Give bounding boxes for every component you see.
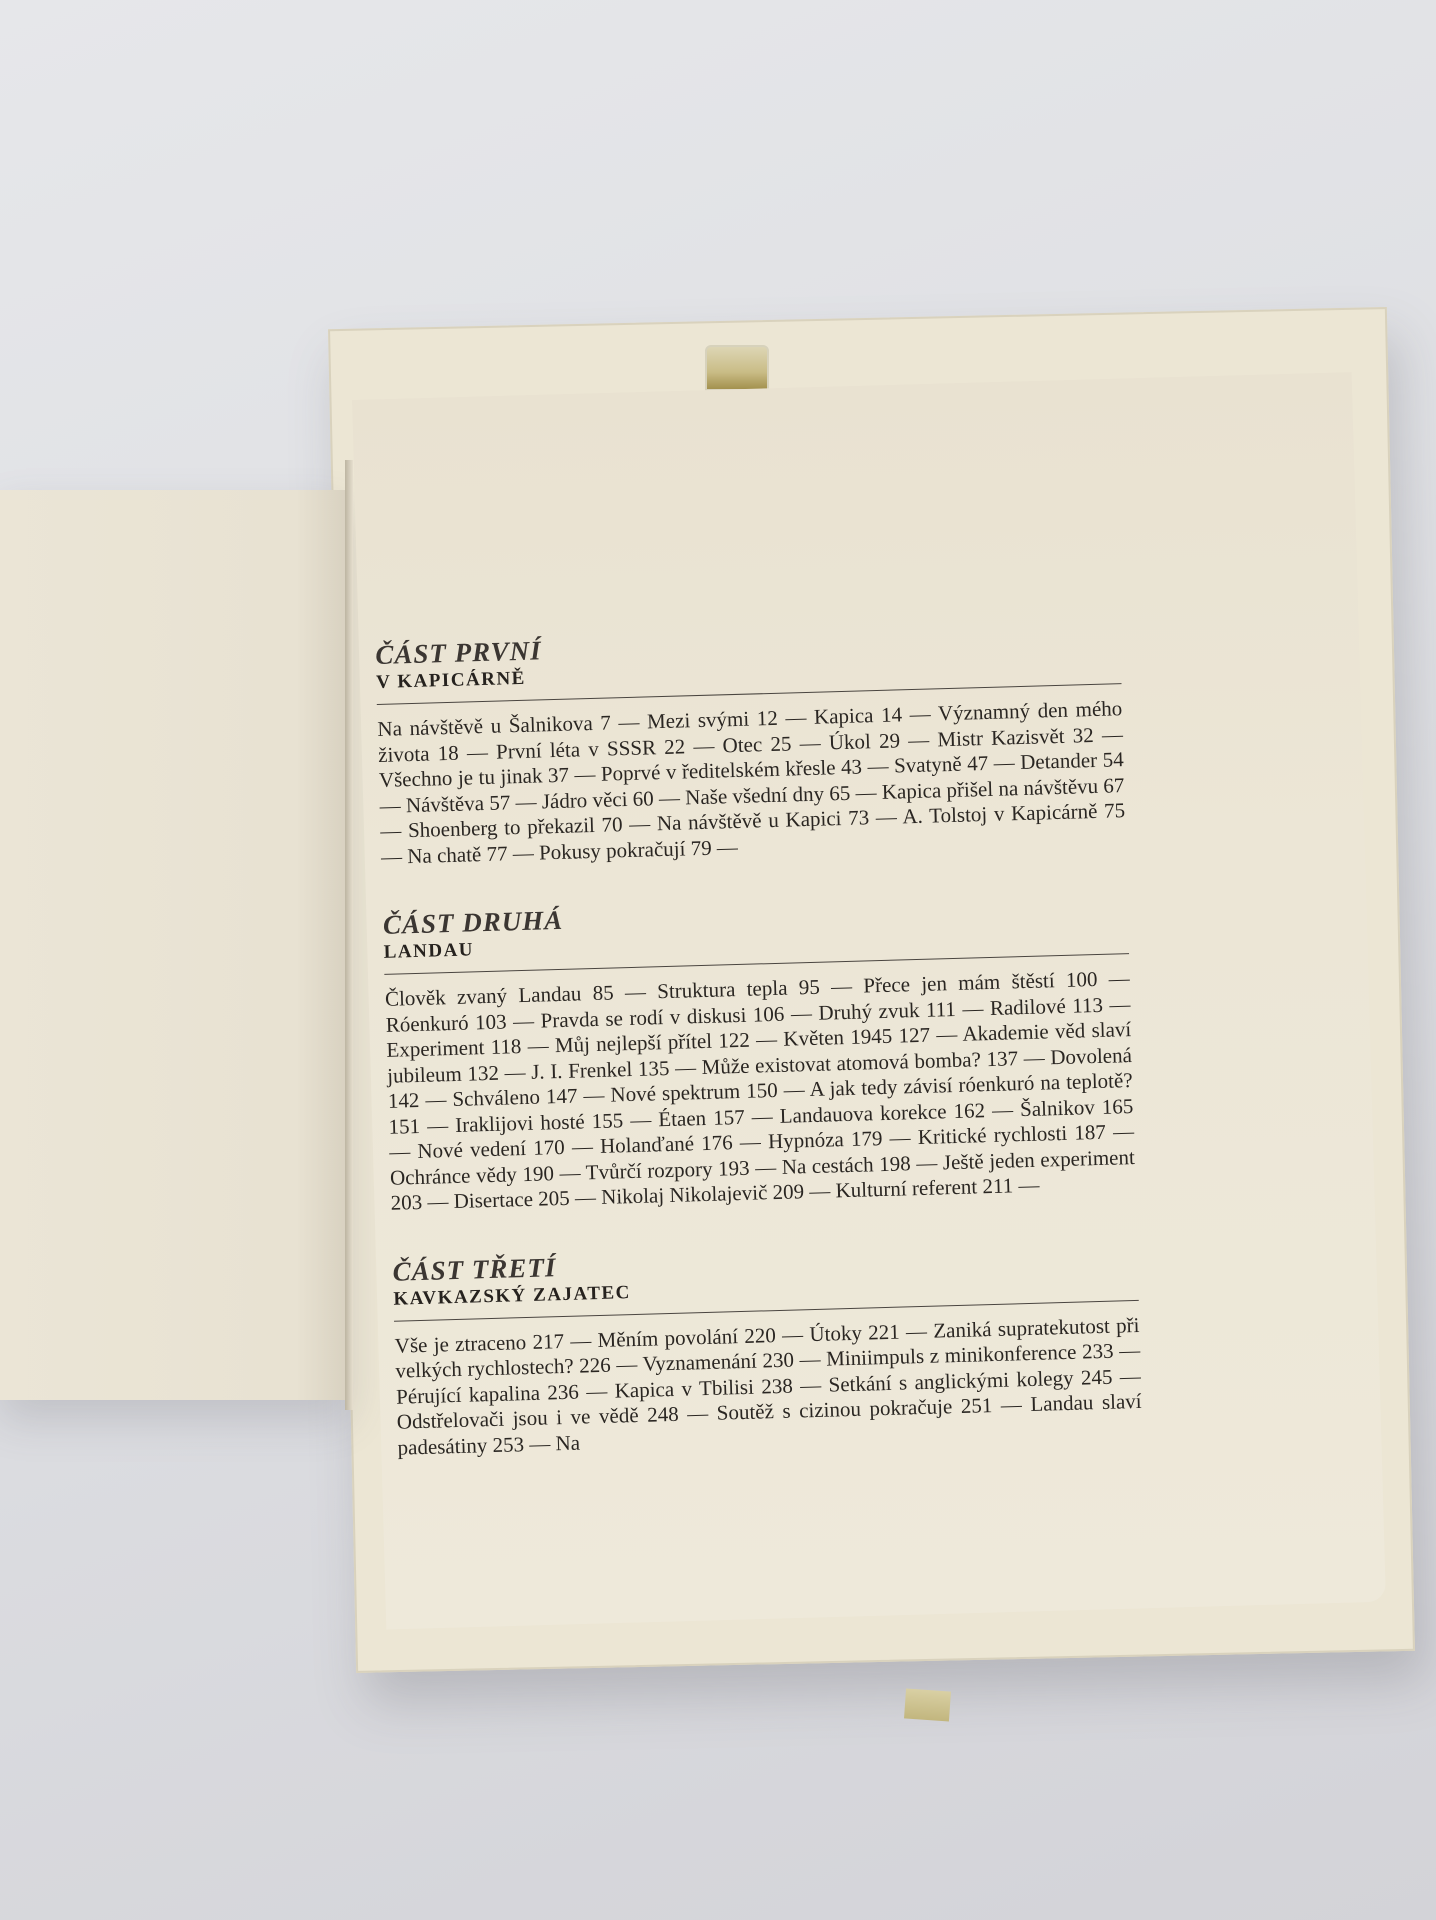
toc-section-part-2: ČÁST DRUHÁ LANDAU Člověk zvaný Landau 85… bbox=[383, 889, 1136, 1216]
toc-section-part-1: ČÁST PRVNÍ V KAPICÁRNĚ Na návštěvě u Šal… bbox=[375, 619, 1126, 870]
bookmark-clip-top bbox=[705, 345, 769, 391]
toc-entries: Člověk zvaný Landau 85 — Struktura tepla… bbox=[385, 966, 1136, 1216]
left-page bbox=[0, 490, 348, 1400]
book-gutter bbox=[345, 460, 353, 1410]
toc-entries: Vše je ztraceno 217 — Měním povolání 220… bbox=[394, 1312, 1142, 1460]
table-of-contents: ČÁST PRVNÍ V KAPICÁRNĚ Na návštěvě u Šal… bbox=[375, 619, 1144, 1500]
toc-section-part-3: ČÁST TŘETÍ KAVKAZSKÝ ZAJATEC Vše je ztra… bbox=[392, 1235, 1142, 1460]
toc-entries: Na návštěvě u Šalnikova 7 — Mezi svými 1… bbox=[377, 696, 1126, 870]
bookmark-clip-bottom bbox=[904, 1688, 951, 1721]
